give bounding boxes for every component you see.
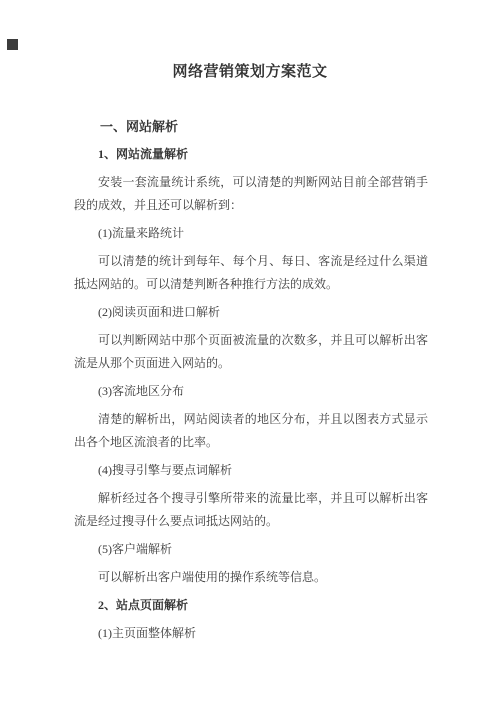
paragraph-body: 清楚的解析出，网站阅读者的地区分布，并且以图表方式显示出各个地区流浪者的比率。 xyxy=(74,408,428,454)
paragraph-heading-1: 一、网站解析 xyxy=(74,115,428,138)
paragraph-heading-3: (2)阅读页面和进口解析 xyxy=(74,301,428,324)
paragraph-heading-3: (4)搜寻引擎与要点词解析 xyxy=(74,459,428,482)
corner-mark xyxy=(7,39,18,50)
paragraph-heading-2: 1、网站流量解析 xyxy=(74,143,428,166)
paragraph-heading-3: (5)客户端解析 xyxy=(74,538,428,561)
paragraph-body: 可以解析出客户端使用的操作系统等信息。 xyxy=(74,566,428,589)
document-title: 网络营销策划方案范文 xyxy=(0,60,500,81)
paragraph-heading-3: (1)主页面整体解析 xyxy=(74,622,428,645)
paragraph-heading-3: (1)流量来路统计 xyxy=(74,222,428,245)
paragraph-body: 可以判断网站中那个页面被流量的次数多，并且可以解析出客流是从那个页面进入网站的。 xyxy=(74,329,428,375)
paragraph-heading-2: 2、站点页面解析 xyxy=(74,594,428,617)
paragraph-body: 可以清楚的统计到每年、每个月、每日、客流是经过什么渠道抵达网站的。可以清楚判断各… xyxy=(74,250,428,296)
document-page: 网络营销策划方案范文 一、网站解析1、网站流量解析安装一套流量统计系统，可以清楚… xyxy=(0,0,500,708)
paragraph-body: 解析经过各个搜寻引擎所带来的流量比率，并且可以解析出客流是经过搜寻什么要点词抵达… xyxy=(74,487,428,533)
paragraph-heading-3: (3)客流地区分布 xyxy=(74,380,428,403)
document-body: 一、网站解析1、网站流量解析安装一套流量统计系统，可以清楚的判断网站目前全部营销… xyxy=(74,115,428,650)
paragraph-body: 安装一套流量统计系统，可以清楚的判断网站目前全部营销手段的成效，并且还可以解析到… xyxy=(74,171,428,217)
